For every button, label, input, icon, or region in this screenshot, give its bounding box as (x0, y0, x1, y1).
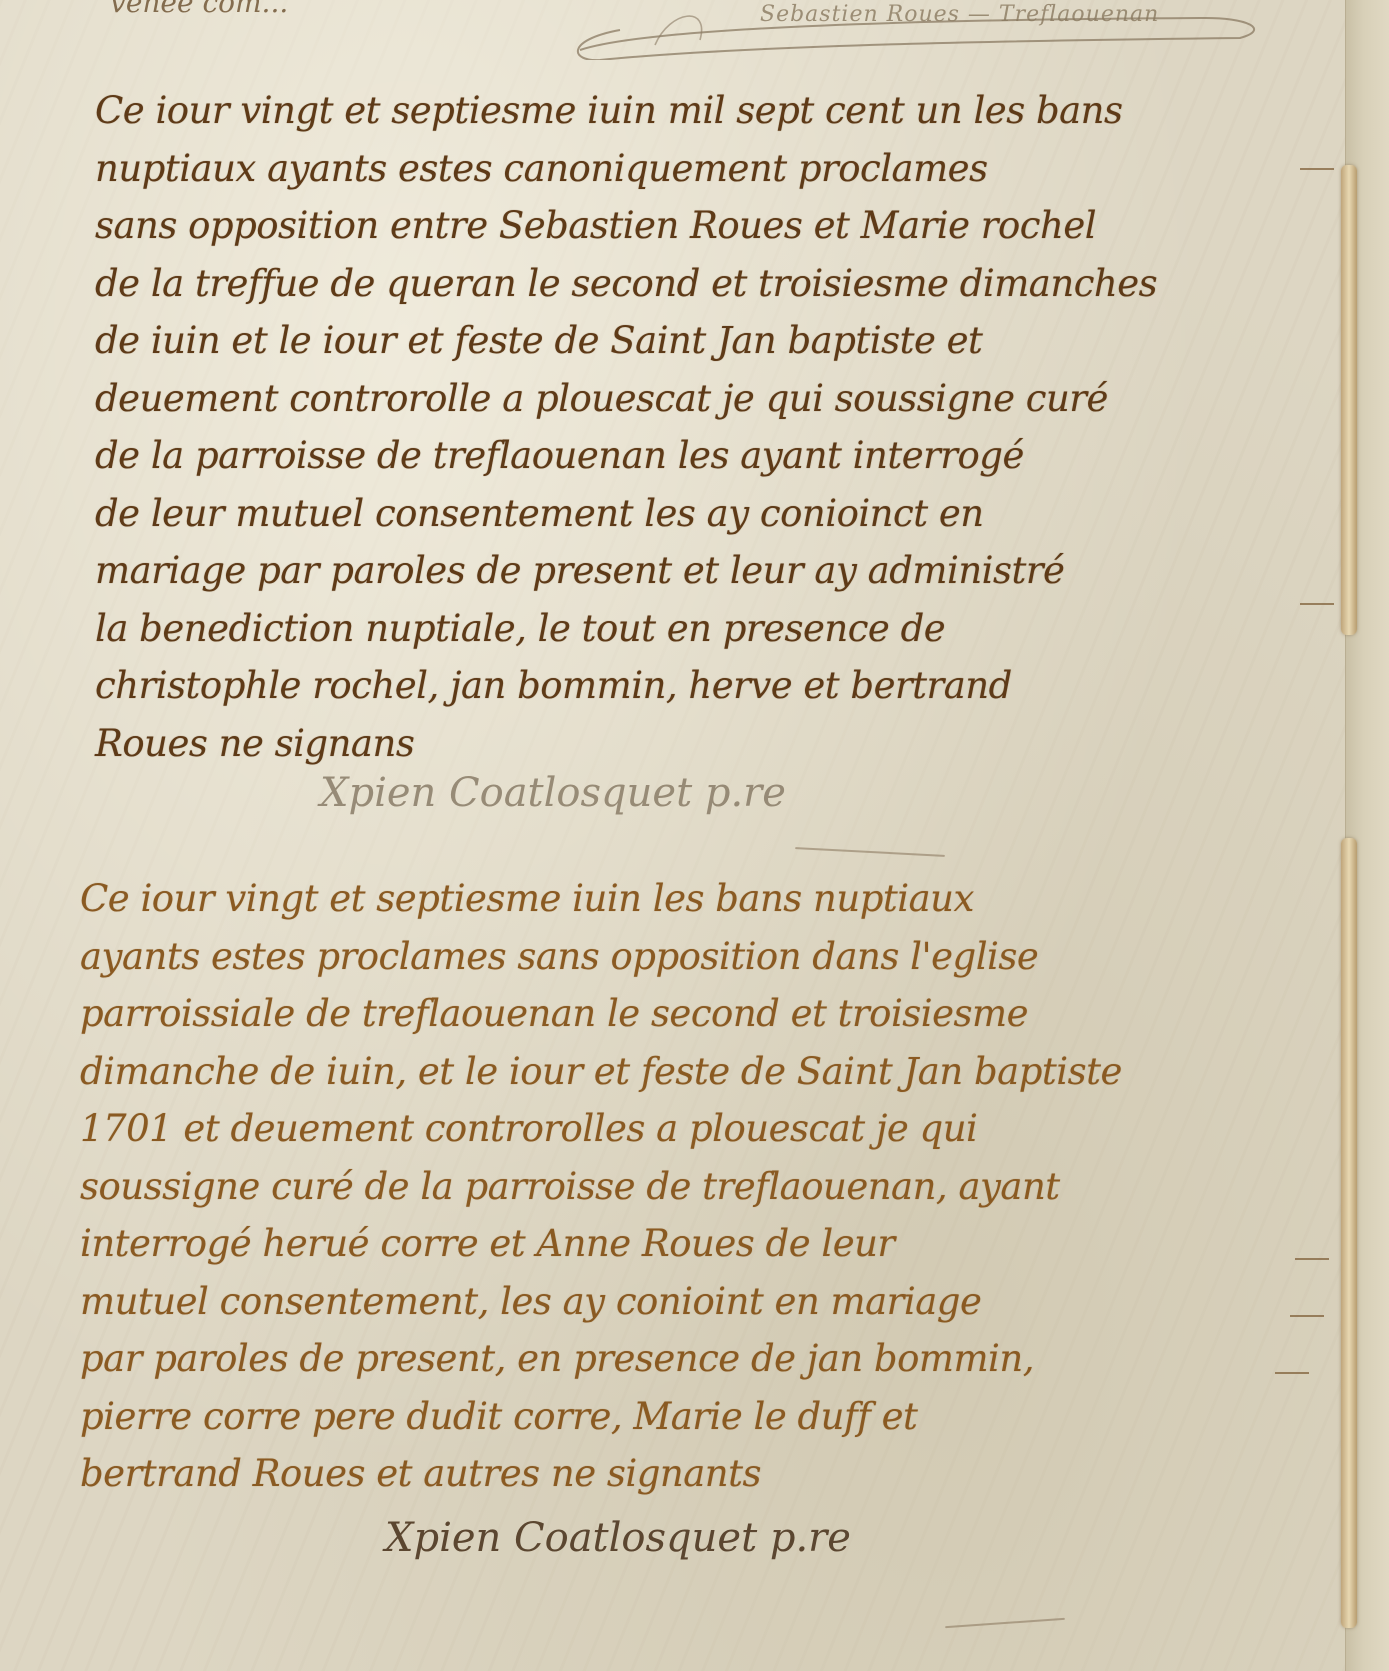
line-filler-dash (1295, 1258, 1329, 1260)
entry-line: de la parroisse de treflaouenan les ayan… (95, 427, 1345, 485)
entry-line: parroissiale de treflaouenan le second e… (80, 985, 1330, 1043)
entry-line: Ce iour vingt et septiesme iuin les bans… (80, 870, 1330, 928)
entry-line: sans opposition entre Sebastien Roues et… (95, 197, 1345, 255)
line-filler-dash (1300, 168, 1334, 170)
entry-line: 1701 et deuement controrolles a plouesca… (80, 1100, 1330, 1158)
priest-signature-2: Xpien Coatlosquet p.re (385, 1515, 851, 1561)
line-filler-dash (1300, 603, 1334, 605)
entry-line: bertrand Roues et autres ne signants (80, 1445, 1330, 1503)
entry-line: de leur mutuel consentement les ay conio… (95, 485, 1345, 543)
previous-entry-fragment: venee com... (110, 0, 288, 19)
entry-line: la benediction nuptiale, le tout en pres… (95, 600, 1345, 658)
entry-line: dimanche de iuin, et le iour et feste de… (80, 1043, 1330, 1101)
line-filler-dash (1290, 1315, 1324, 1317)
entry-line: christophle rochel, jan bommin, herve et… (95, 657, 1345, 715)
margin-note: Sebastien Roues — Treflaouenan (560, 0, 1280, 60)
entry-line: mutuel consentement, les ay conioint en … (80, 1273, 1330, 1331)
signature-underline (795, 847, 945, 857)
entry-line: soussigne curé de la parroisse de trefla… (80, 1158, 1330, 1216)
entry-line: ayants estes proclames sans opposition d… (80, 928, 1330, 986)
entry-line: de la treffue de queran le second et tro… (95, 255, 1345, 313)
entry-line: mariage par paroles de present et leur a… (95, 542, 1345, 600)
binding-stitch (1341, 838, 1357, 1628)
entry-line: interrogé herué corre et Anne Roues de l… (80, 1215, 1330, 1273)
entry-line: deuement controrolle a plouescat je qui … (95, 370, 1345, 428)
register-page: venee com... Sebastien Roues — Treflaoue… (0, 0, 1345, 1671)
entry-line: pierre corre pere dudit corre, Marie le … (80, 1388, 1330, 1446)
entry-line: Roues ne signans (95, 715, 1345, 773)
marriage-entry-1: Ce iour vingt et septiesme iuin mil sept… (95, 82, 1345, 772)
entry-line: par paroles de present, en presence de j… (80, 1330, 1330, 1388)
binding-stitch (1341, 165, 1357, 635)
entry-line: Ce iour vingt et septiesme iuin mil sept… (95, 82, 1345, 140)
marriage-entry-2: Ce iour vingt et septiesme iuin les bans… (80, 870, 1330, 1503)
priest-signature-1: Xpien Coatlosquet p.re (320, 770, 786, 816)
margin-note-text: Sebastien Roues — Treflaouenan (760, 2, 1159, 27)
entry-line: nuptiaux ayants estes canoniquement proc… (95, 140, 1345, 198)
signature-underline (945, 1618, 1065, 1628)
entry-line: de iuin et le iour et feste de Saint Jan… (95, 312, 1345, 370)
line-filler-dash (1275, 1372, 1309, 1374)
